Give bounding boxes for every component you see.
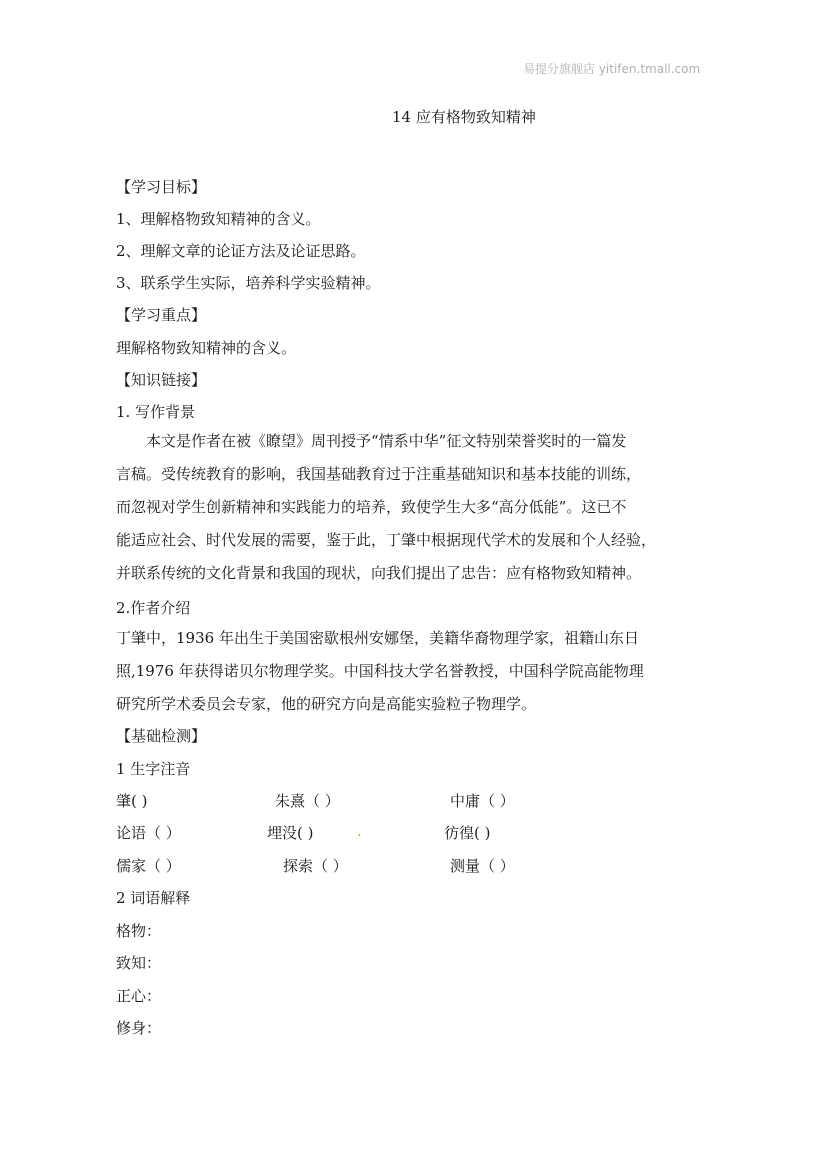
pinyin-item: 彷徨( ) [444, 822, 490, 843]
author-line: 丁肇中，1936 年出生于美国密歇根州安娜堡，美籍华裔物理学家，祖籍山东日 [116, 622, 712, 655]
pinyin-item: 探索（ ） [283, 855, 348, 876]
goal-item: 2、理解文章的论证方法及论证思路。 [116, 240, 366, 261]
pinyin-item: 肇( ) [116, 790, 147, 811]
author-paragraph: 丁肇中，1936 年出生于美国密歇根州安娜堡，美籍华裔物理学家，祖籍山东日 照,… [116, 622, 712, 721]
stray-dot: . [357, 822, 362, 840]
goals-heading: 【学习目标】 [116, 176, 206, 197]
background-paragraph: 本文是作者在被《瞭望》周刊授予“情系中华”征文特别荣誉奖时的一篇发 言稿。受传统… [116, 425, 712, 590]
background-line: 并联系传统的文化背景和我国的现状，向我们提出了忠告：应有格物致知精神。 [116, 557, 712, 590]
page-title: 14 应有格物致知精神 [392, 106, 536, 127]
goal-item: 1、理解格物致知精神的含义。 [116, 208, 321, 229]
background-line: 能适应社会、时代发展的需要，鉴于此，丁肇中根据现代学术的发展和个人经验， [116, 524, 712, 557]
background-line: 而忽视对学生创新精神和实践能力的培养，致使学生大多“高分低能”。这已不 [116, 491, 712, 524]
pinyin-item: 测量（ ） [450, 855, 515, 876]
pinyin-item: 儒家（ ） [116, 855, 181, 876]
focus-heading: 【学习重点】 [116, 304, 206, 325]
test-heading: 【基础检测】 [116, 725, 206, 746]
vocab-heading: 2 词语解释 [116, 887, 190, 908]
pinyin-item: 论语（ ） [116, 822, 181, 843]
background-heading: 1. 写作背景 [116, 401, 195, 422]
vocab-item: 修身： [116, 1017, 161, 1038]
author-heading: 2.作者介绍 [116, 597, 190, 618]
focus-text: 理解格物致知精神的含义。 [116, 337, 296, 358]
pinyin-item: 埋没( ) [267, 822, 313, 843]
pinyin-item: 中庸（ ） [450, 790, 515, 811]
pinyin-item: 朱熹（ ） [275, 790, 340, 811]
background-line: 言稿。受传统教育的影响，我国基础教育过于注重基础知识和基本技能的训练， [116, 458, 712, 491]
pinyin-heading: 1 生字注音 [116, 758, 190, 779]
vocab-item: 致知： [116, 952, 161, 973]
background-line: 本文是作者在被《瞭望》周刊授予“情系中华”征文特别荣誉奖时的一篇发 [116, 425, 712, 458]
link-heading: 【知识链接】 [116, 369, 206, 390]
author-line: 照,1976 年获得诺贝尔物理学奖。中国科技大学名誉教授，中国科学院高能物理 [116, 655, 712, 688]
vocab-item: 正心： [116, 985, 161, 1006]
watermark: 易提分旗舰店 yitifen.tmall.com [523, 60, 700, 77]
author-line: 研究所学术委员会专家，他的研究方向是高能实验粒子物理学。 [116, 688, 712, 721]
goal-item: 3、联系学生实际，培养科学实验精神。 [116, 272, 381, 293]
vocab-item: 格物： [116, 920, 161, 941]
